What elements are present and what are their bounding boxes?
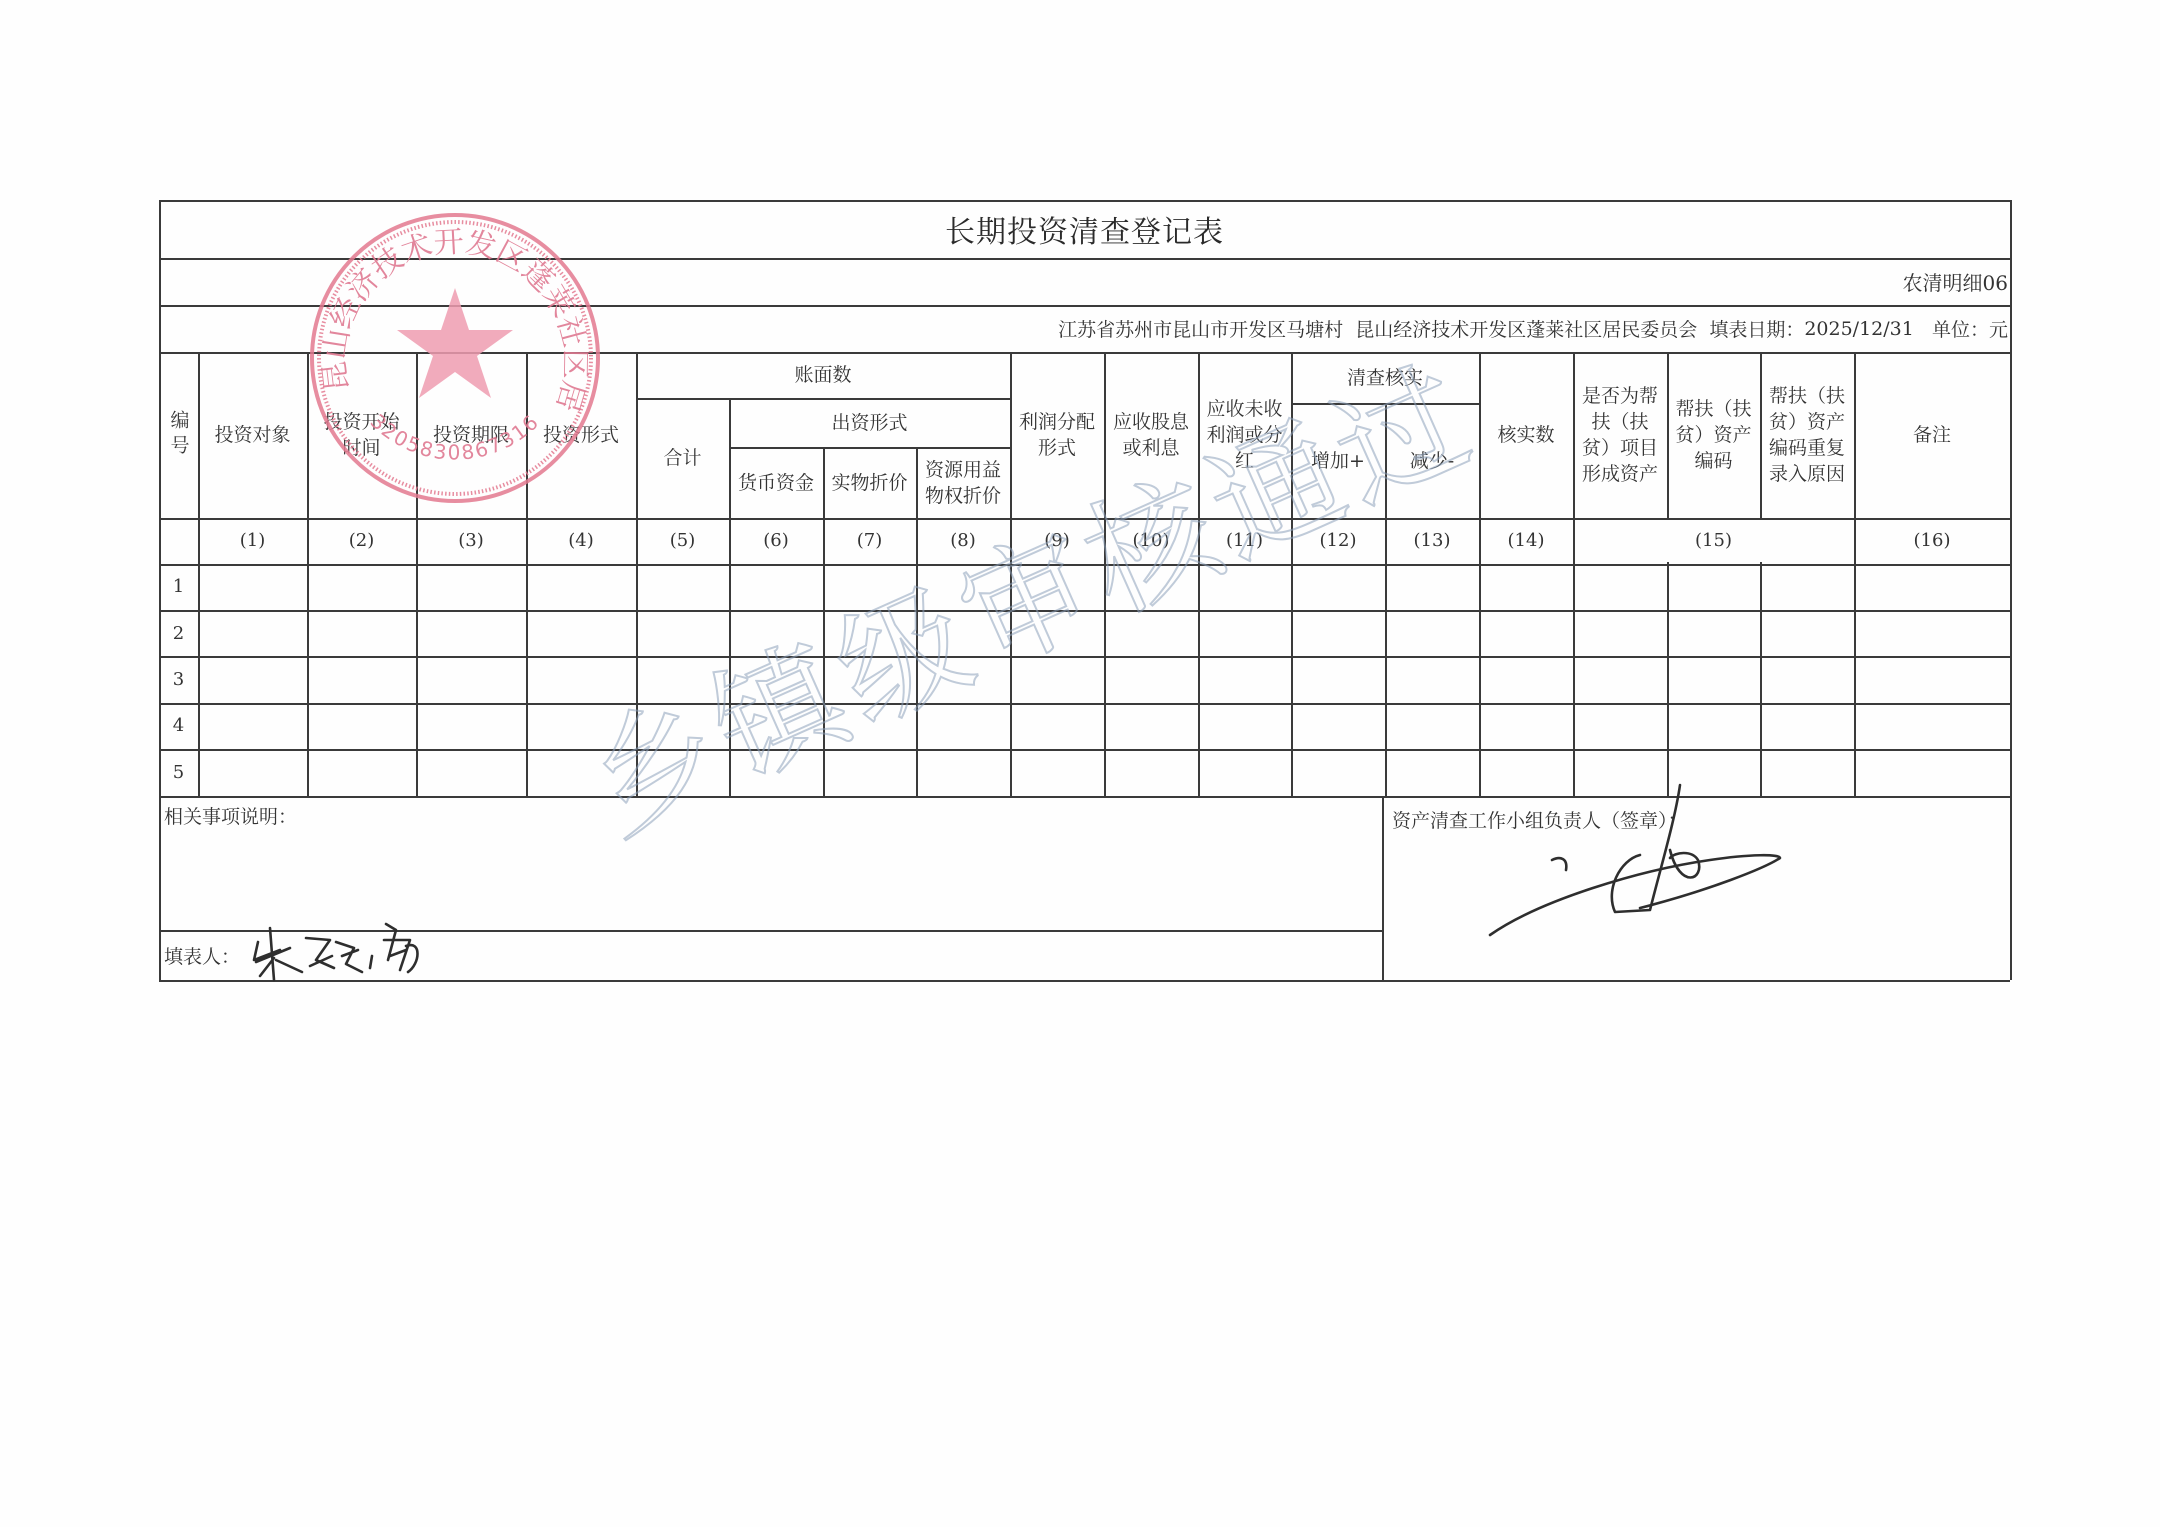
header-resource-rights: 资源用益物权折价 bbox=[916, 447, 1010, 518]
table-cell[interactable] bbox=[526, 750, 636, 796]
table-border-bottom bbox=[159, 980, 2010, 982]
index-label: (5) bbox=[636, 518, 729, 564]
table-cell[interactable] bbox=[1573, 564, 1667, 610]
header-term: 投资期限 bbox=[416, 352, 526, 518]
table-cell[interactable] bbox=[1854, 610, 2010, 656]
index-label: (7) bbox=[823, 518, 916, 564]
table-cell[interactable] bbox=[416, 657, 526, 703]
table-cell[interactable] bbox=[729, 703, 823, 749]
row-number: 1 bbox=[159, 564, 198, 610]
header-duplicate-code-reason: 帮扶（扶贫）资产编码重复录入原因 bbox=[1760, 352, 1854, 518]
row-number: 2 bbox=[159, 610, 198, 656]
date-label: 填表日期： bbox=[1709, 315, 1804, 342]
location-text: 江苏省苏州市昆山市开发区马塘村 bbox=[1058, 315, 1343, 342]
header-book-value-group: 账面数 bbox=[636, 352, 1010, 398]
header-contribution-group: 出资形式 bbox=[729, 398, 1010, 447]
index-label: (10) bbox=[1104, 518, 1198, 564]
table-cell[interactable] bbox=[1010, 703, 1104, 749]
row-number: 3 bbox=[159, 657, 198, 703]
filler-row-top bbox=[159, 930, 1382, 932]
table-cell[interactable] bbox=[526, 610, 636, 656]
header-cash: 货币资金 bbox=[729, 447, 823, 518]
table-cell[interactable] bbox=[1385, 703, 1479, 749]
row-number: 4 bbox=[159, 703, 198, 749]
header-poverty-asset-flag: 是否为帮扶（扶贫）项目形成资产 bbox=[1573, 352, 1667, 518]
table-cell[interactable] bbox=[307, 657, 416, 703]
table-cell[interactable] bbox=[1291, 610, 1385, 656]
table-cell[interactable] bbox=[416, 750, 526, 796]
table-cell[interactable] bbox=[1104, 750, 1198, 796]
table-cell[interactable] bbox=[1854, 703, 2010, 749]
table-border-right bbox=[2010, 200, 2012, 980]
table-cell[interactable] bbox=[1667, 750, 1760, 796]
table-cell[interactable] bbox=[1291, 564, 1385, 610]
header-poverty-asset-code: 帮扶（扶贫）资产编码 bbox=[1667, 352, 1760, 518]
index-label: (11) bbox=[1198, 518, 1291, 564]
table-cell[interactable] bbox=[198, 750, 307, 796]
index-label: (3) bbox=[416, 518, 526, 564]
table-cell[interactable] bbox=[1854, 564, 2010, 610]
leader-label: 资产清查工作小组负责人（签章）： bbox=[1392, 806, 1687, 833]
header-verify-group: 清查核实 bbox=[1291, 352, 1479, 403]
table-cell[interactable] bbox=[1010, 610, 1104, 656]
table-cell[interactable] bbox=[307, 564, 416, 610]
table-cell[interactable] bbox=[1667, 564, 1760, 610]
table-cell[interactable] bbox=[416, 610, 526, 656]
table-cell[interactable] bbox=[916, 610, 1010, 656]
table-cell[interactable] bbox=[1760, 564, 1854, 610]
table-cell[interactable] bbox=[1385, 750, 1479, 796]
table-cell[interactable] bbox=[1104, 703, 1198, 749]
index-label: (13) bbox=[1385, 518, 1479, 564]
table-cell[interactable] bbox=[1198, 750, 1291, 796]
table-cell[interactable] bbox=[1385, 564, 1479, 610]
header-total: 合计 bbox=[636, 398, 729, 518]
table-cell[interactable] bbox=[1854, 657, 2010, 703]
table-cell[interactable] bbox=[1760, 657, 1854, 703]
table-cell[interactable] bbox=[823, 564, 916, 610]
table-cell[interactable] bbox=[416, 703, 526, 749]
row-number: 5 bbox=[159, 750, 198, 796]
table-cell[interactable] bbox=[636, 750, 729, 796]
header-verified-amount: 核实数 bbox=[1479, 352, 1573, 518]
table-cell[interactable] bbox=[198, 703, 307, 749]
header-remarks: 备注 bbox=[1854, 352, 2010, 518]
table-cell[interactable] bbox=[1291, 657, 1385, 703]
index-label: (12) bbox=[1291, 518, 1385, 564]
table-cell[interactable] bbox=[916, 564, 1010, 610]
table-cell[interactable] bbox=[1198, 610, 1291, 656]
table-cell[interactable] bbox=[307, 750, 416, 796]
table-cell[interactable] bbox=[307, 610, 416, 656]
table-cell[interactable] bbox=[307, 703, 416, 749]
table-cell[interactable] bbox=[1667, 703, 1760, 749]
table-cell[interactable] bbox=[1479, 657, 1573, 703]
table-cell[interactable] bbox=[1104, 564, 1198, 610]
index-label: (15) bbox=[1573, 518, 1854, 564]
header-profit-distribution: 利润分配形式 bbox=[1010, 352, 1104, 518]
data-rows-bottom bbox=[159, 796, 2010, 798]
table-cell[interactable] bbox=[1573, 610, 1667, 656]
index-label: (9) bbox=[1010, 518, 1104, 564]
index-label: (2) bbox=[307, 518, 416, 564]
table-cell[interactable] bbox=[1760, 703, 1854, 749]
index-label: (4) bbox=[526, 518, 636, 564]
table-cell[interactable] bbox=[636, 703, 729, 749]
footer-divider bbox=[1382, 796, 1384, 980]
index-label: (1) bbox=[198, 518, 307, 564]
index-label: (6) bbox=[729, 518, 823, 564]
table-cell[interactable] bbox=[1667, 657, 1760, 703]
table-cell[interactable] bbox=[198, 610, 307, 656]
row-divider bbox=[159, 258, 2010, 260]
table-cell[interactable] bbox=[1479, 564, 1573, 610]
table-cell[interactable] bbox=[1760, 610, 1854, 656]
table-cell[interactable] bbox=[916, 657, 1010, 703]
header-investment-target: 投资对象 bbox=[198, 352, 307, 518]
table-cell[interactable] bbox=[823, 750, 916, 796]
table-cell[interactable] bbox=[1010, 657, 1104, 703]
table-cell[interactable] bbox=[1854, 750, 2010, 796]
header-unreceived-profit: 应收未收利润或分红 bbox=[1198, 352, 1291, 518]
table-cell[interactable] bbox=[729, 564, 823, 610]
table-cell[interactable] bbox=[198, 564, 307, 610]
table-cell[interactable] bbox=[1573, 750, 1667, 796]
table-cell[interactable] bbox=[1291, 750, 1385, 796]
table-cell[interactable] bbox=[1479, 750, 1573, 796]
table-cell[interactable] bbox=[823, 703, 916, 749]
notes-label: 相关事项说明： bbox=[164, 802, 297, 829]
header-increase: 增加+ bbox=[1291, 403, 1385, 518]
table-cell[interactable] bbox=[1667, 610, 1760, 656]
index-label: (14) bbox=[1479, 518, 1573, 564]
date-value: 2025/12/31 bbox=[1804, 318, 1914, 340]
table-cell[interactable] bbox=[916, 703, 1010, 749]
table-cell[interactable] bbox=[729, 610, 823, 656]
filler-label: 填表人： bbox=[164, 930, 240, 980]
table-cell[interactable] bbox=[526, 657, 636, 703]
table-cell[interactable] bbox=[1198, 703, 1291, 749]
page-title: 长期投资清查登记表 bbox=[159, 200, 2010, 258]
table-cell[interactable] bbox=[1760, 750, 1854, 796]
organization-text: 昆山经济技术开发区蓬莱社区居民委员会 bbox=[1355, 315, 1697, 342]
table-cell[interactable] bbox=[1573, 703, 1667, 749]
table-cell[interactable] bbox=[526, 564, 636, 610]
header-serial: 编号 bbox=[159, 352, 198, 518]
table-cell[interactable] bbox=[1198, 564, 1291, 610]
table-cell[interactable] bbox=[1010, 750, 1104, 796]
header-decrease: 减少- bbox=[1385, 403, 1479, 518]
table-cell[interactable] bbox=[1010, 564, 1104, 610]
table-cell[interactable] bbox=[823, 657, 916, 703]
table-cell[interactable] bbox=[729, 750, 823, 796]
table-cell[interactable] bbox=[1573, 657, 1667, 703]
table-cell[interactable] bbox=[1385, 610, 1479, 656]
index-label: (16) bbox=[1854, 518, 2010, 564]
table-cell[interactable] bbox=[729, 657, 823, 703]
header-start-time: 投资开始时间 bbox=[307, 352, 416, 518]
table-cell[interactable] bbox=[823, 610, 916, 656]
table-cell[interactable] bbox=[1479, 703, 1573, 749]
header-form: 投资形式 bbox=[526, 352, 636, 518]
filler-signature bbox=[250, 920, 450, 1000]
table-cell[interactable] bbox=[636, 657, 729, 703]
index-label: (8) bbox=[916, 518, 1010, 564]
table-cell[interactable] bbox=[1198, 657, 1291, 703]
table-cell[interactable] bbox=[636, 610, 729, 656]
table-cell[interactable] bbox=[1291, 703, 1385, 749]
header-dividends-receivable: 应收股息或利息 bbox=[1104, 352, 1198, 518]
meta-line: 江苏省苏州市昆山市开发区马塘村 昆山经济技术开发区蓬莱社区居民委员会 填表日期：… bbox=[1058, 305, 2008, 352]
unit-value: 元 bbox=[1989, 315, 2008, 342]
table-cell[interactable] bbox=[1104, 657, 1198, 703]
unit-label: 单位： bbox=[1932, 315, 1989, 342]
table-cell[interactable] bbox=[526, 703, 636, 749]
notes-field[interactable] bbox=[161, 830, 1380, 928]
table-cell[interactable] bbox=[416, 564, 526, 610]
header-in-kind: 实物折价 bbox=[823, 447, 916, 518]
table-cell[interactable] bbox=[916, 750, 1010, 796]
table-cell[interactable] bbox=[1385, 657, 1479, 703]
table-cell[interactable] bbox=[636, 564, 729, 610]
table-cell[interactable] bbox=[1479, 610, 1573, 656]
form-code: 农清明细06 bbox=[1903, 258, 2008, 305]
table-cell[interactable] bbox=[198, 657, 307, 703]
document-page: 长期投资清查登记表 农清明细06 江苏省苏州市昆山市开发区马塘村 昆山经济技术开… bbox=[0, 0, 2160, 1527]
table-cell[interactable] bbox=[1104, 610, 1198, 656]
